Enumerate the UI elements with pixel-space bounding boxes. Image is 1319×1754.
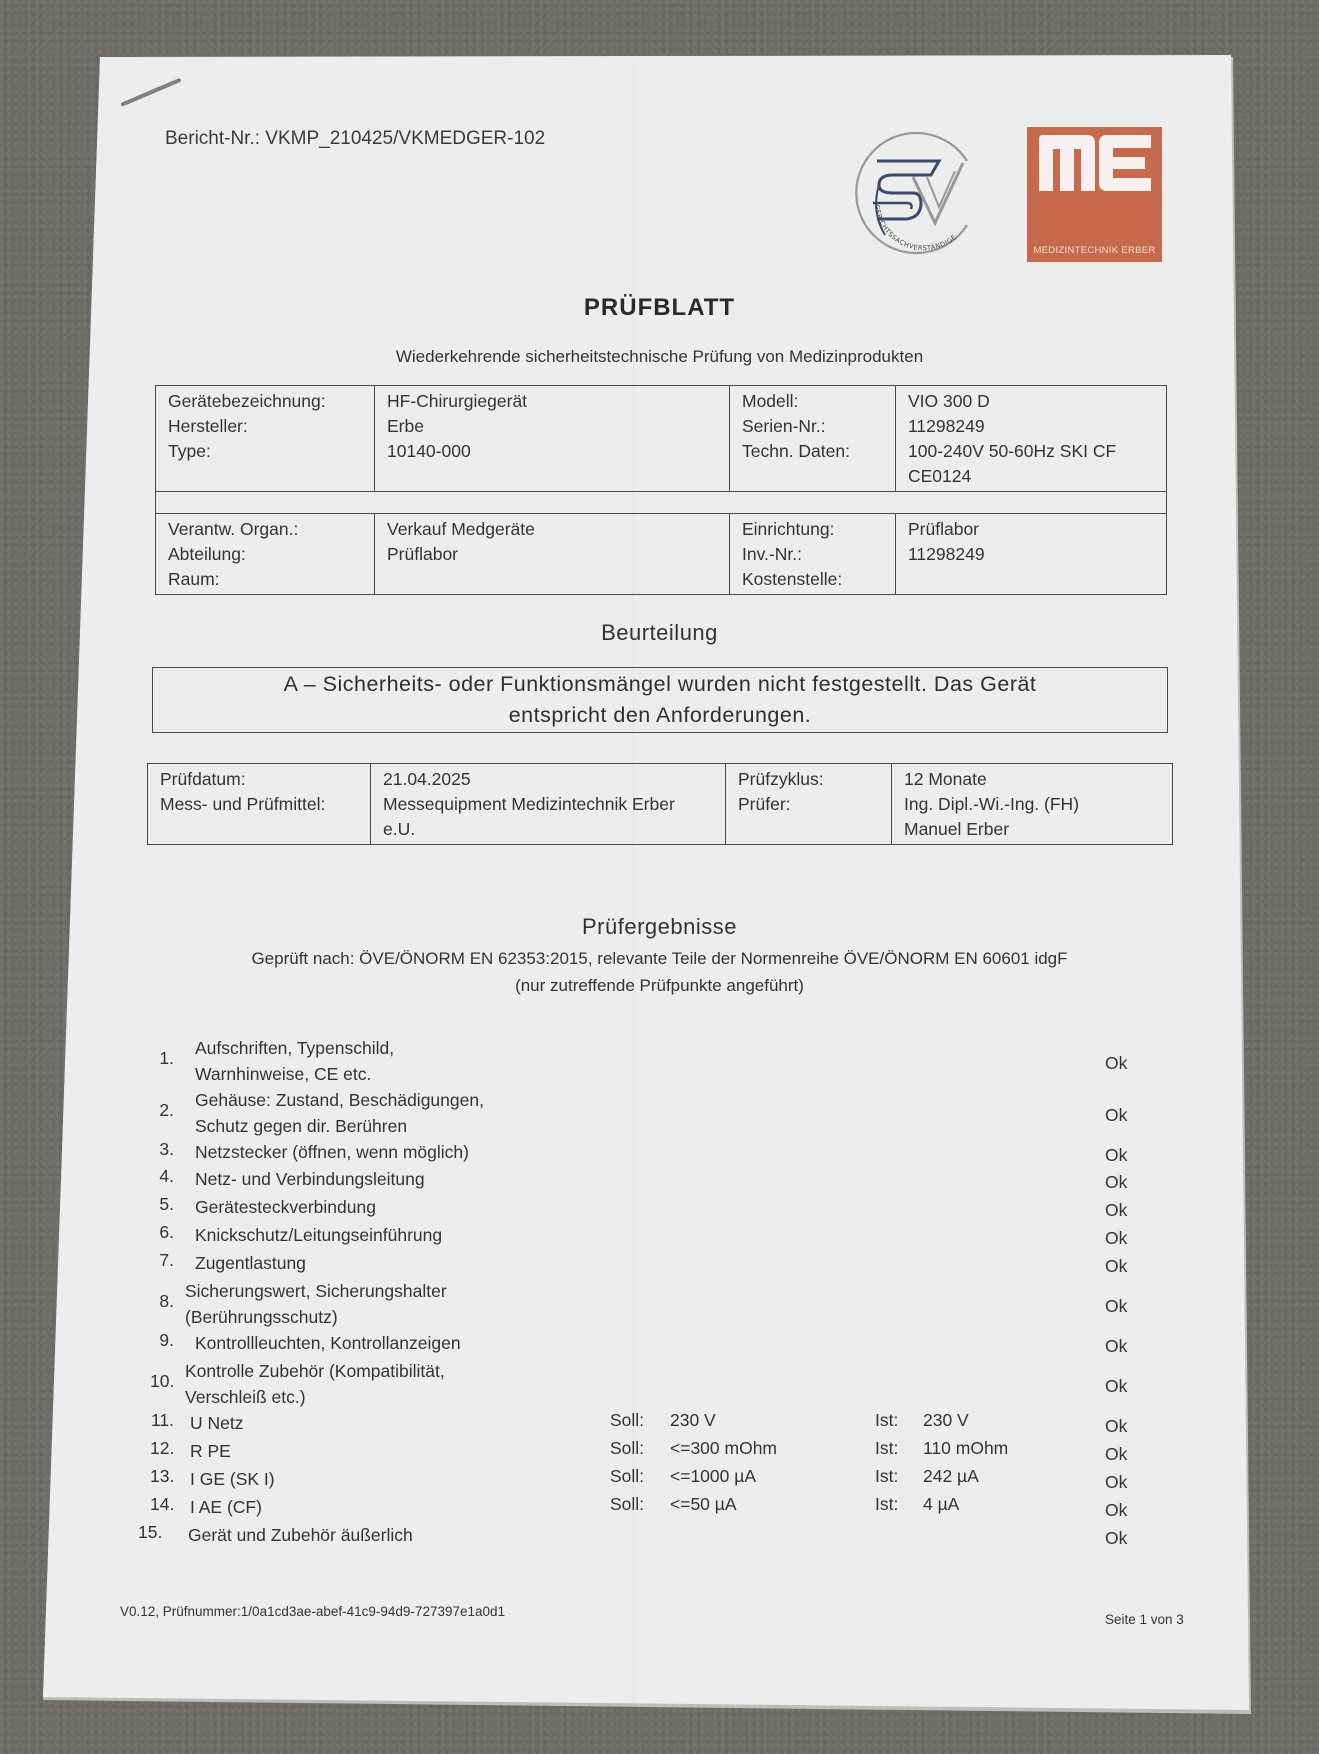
soll-label: Soll: [610, 1494, 644, 1515]
result-item: 4.Netz- und VerbindungsleitungOk [150, 1166, 1150, 1194]
result-item-number: 13. [150, 1466, 174, 1487]
soll-label: Soll: [610, 1438, 644, 1459]
spacer-row [156, 492, 1167, 514]
org-values-right: Prüflabor 11298249 [896, 514, 1167, 595]
test-labels-left: Prüfdatum: Mess- und Prüfmittel: [148, 764, 371, 845]
page-subtitle: Wiederkehrende sicherheitstechnische Prü… [0, 347, 1319, 367]
soll-label: Soll: [610, 1410, 644, 1431]
test-labels-right: Prüfzyklus: Prüfer: [726, 764, 892, 845]
result-item: 8.Sicherungswert, Sicherungshalter(Berüh… [150, 1278, 1150, 1330]
value-hersteller: Erbe [387, 414, 719, 439]
label-geraetebezeichnung: Gerätebezeichnung: [168, 389, 364, 414]
result-item-label: R PE [190, 1438, 231, 1464]
result-status: Ok [1105, 1444, 1127, 1465]
value-ce-mark: CE0124 [908, 464, 1156, 489]
result-status: Ok [1105, 1472, 1127, 1493]
result-item: 1.Aufschriften, Typenschild,Warnhinweise… [150, 1035, 1150, 1087]
result-item-number: 5. [150, 1194, 174, 1215]
test-info-table: Prüfdatum: Mess- und Prüfmittel: 21.04.2… [147, 763, 1173, 845]
result-item-number: 14. [150, 1494, 174, 1515]
result-status: Ok [1105, 1500, 1127, 1521]
label-verantw-organ: Verantw. Organ.: [168, 517, 364, 542]
result-status: Ok [1105, 1296, 1127, 1317]
result-item-number: 4. [150, 1166, 174, 1187]
soll-value: <=300 mOhm [670, 1438, 777, 1459]
ist-value: 110 mOhm [923, 1438, 1008, 1459]
value-abteilung: Prüflabor [387, 542, 719, 567]
result-item-number: 2. [150, 1100, 174, 1121]
footer-test-number: V0.12, Prüfnummer:1/0a1cd3ae-abef-41c9-9… [120, 1604, 505, 1619]
assessment-line-1: A – Sicherheits- oder Funktionsmängel wu… [153, 669, 1167, 700]
device-labels-left: Gerätebezeichnung: Hersteller: Type: [156, 386, 375, 492]
result-status: Ok [1105, 1376, 1127, 1397]
me-mark-icon [1035, 131, 1154, 195]
value-inv-nr: 11298249 [908, 542, 1156, 567]
report-number: Bericht-Nr.: VKMP_210425/VKMEDGER-102 [165, 128, 545, 150]
value-modell: VIO 300 D [908, 389, 1156, 414]
result-status: Ok [1105, 1528, 1127, 1549]
ist-label: Ist: [875, 1438, 898, 1459]
value-einrichtung: Prüflabor [908, 517, 1156, 542]
result-item-label: Kontrollleuchten, Kontrollanzeigen [195, 1330, 461, 1356]
label-einrichtung: Einrichtung: [742, 517, 885, 542]
value-geraetebezeichnung: HF-Chirurgiegerät [387, 389, 719, 414]
result-item: 15.Gerät und Zubehör äußerlichOk [138, 1522, 1138, 1550]
result-item: 12.R PESoll:<=300 mOhmIst:110 mOhmOk [150, 1438, 1150, 1466]
result-status: Ok [1105, 1145, 1127, 1166]
norm-note: (nur zutreffende Prüfpunkte angeführt) [0, 976, 1319, 996]
label-pruefer: Prüfer: [738, 792, 881, 817]
ist-label: Ist: [875, 1466, 898, 1487]
label-serien-nr: Serien-Nr.: [742, 414, 885, 439]
ist-value: 4 µA [923, 1494, 959, 1515]
result-item: 6.Knickschutz/LeitungseinführungOk [150, 1222, 1150, 1250]
label-pruefzyklus: Prüfzyklus: [738, 767, 881, 792]
page-number: Seite 1 von 3 [1105, 1612, 1184, 1627]
value-techn-daten: 100-240V 50-60Hz SKI CF [908, 439, 1156, 464]
label-raum: Raum: [168, 567, 364, 592]
label-type: Type: [168, 439, 364, 464]
org-values-left: Verkauf Medgeräte Prüflabor [375, 514, 730, 595]
result-item-number: 15. [138, 1522, 162, 1543]
result-item-number: 6. [150, 1222, 174, 1243]
result-item-label: Netz- und Verbindungsleitung [195, 1166, 425, 1192]
value-pruefer-title: Ing. Dipl.-Wi.-Ing. (FH) [904, 792, 1162, 817]
result-item-label: Warnhinweise, CE etc. [195, 1061, 371, 1087]
result-item: 10.Kontrolle Zubehör (Kompatibilität,Ver… [150, 1358, 1150, 1410]
soll-label: Soll: [610, 1466, 644, 1487]
result-item: 14.I AE (CF)Soll:<=50 µAIst:4 µAOk [150, 1494, 1150, 1522]
assessment-heading: Beurteilung [0, 620, 1319, 646]
org-labels-right: Einrichtung: Inv.-Nr.: Kostenstelle: [730, 514, 896, 595]
label-pruefdatum: Prüfdatum: [160, 767, 360, 792]
sv-gerichtssachverstaendige-logo-icon: GERICHTSSACHVERSTÄNDIGE [855, 127, 987, 259]
label-modell: Modell: [742, 389, 885, 414]
result-status: Ok [1105, 1228, 1127, 1249]
result-status: Ok [1105, 1200, 1127, 1221]
value-verantw-organ: Verkauf Medgeräte [387, 517, 719, 542]
result-item-label: I AE (CF) [190, 1494, 262, 1520]
me-logo-caption: MEDIZINTECHNIK ERBER [1027, 245, 1162, 256]
page-title: PRÜFBLATT [0, 294, 1319, 322]
result-item-number: 11. [150, 1410, 174, 1431]
device-values-left: HF-Chirurgiegerät Erbe 10140-000 [375, 386, 730, 492]
result-item-label: Verschleiß etc.) [185, 1384, 306, 1410]
result-item: 11.U NetzSoll:230 VIst:230 VOk [150, 1410, 1150, 1438]
result-status: Ok [1105, 1172, 1127, 1193]
result-item: 7.ZugentlastungOk [150, 1250, 1150, 1278]
label-abteilung: Abteilung: [168, 542, 364, 567]
result-item-label: U Netz [190, 1410, 243, 1436]
result-item-label: Kontrolle Zubehör (Kompatibilität, [185, 1358, 445, 1384]
result-item-number: 10. [150, 1371, 174, 1392]
result-item-label: Aufschriften, Typenschild, [195, 1035, 394, 1061]
ist-value: 230 V [923, 1410, 969, 1431]
result-item-label: Sicherungswert, Sicherungshalter [185, 1278, 447, 1304]
result-item-number: 9. [150, 1330, 174, 1351]
value-mess-pruefmittel-cont: e.U. [383, 817, 715, 842]
value-pruefer-name: Manuel Erber [904, 817, 1162, 842]
result-status: Ok [1105, 1053, 1127, 1074]
device-info-table: Gerätebezeichnung: Hersteller: Type: HF-… [155, 385, 1167, 595]
assessment-box: A – Sicherheits- oder Funktionsmängel wu… [152, 667, 1168, 733]
result-item-label: Zugentlastung [195, 1250, 306, 1276]
ist-label: Ist: [875, 1410, 898, 1431]
device-values-right: VIO 300 D 11298249 100-240V 50-60Hz SKI … [896, 386, 1167, 492]
result-status: Ok [1105, 1105, 1127, 1126]
ist-value: 242 µA [923, 1466, 979, 1487]
result-status: Ok [1105, 1336, 1127, 1357]
result-item-number: 8. [150, 1291, 174, 1312]
result-item-number: 12. [150, 1438, 174, 1459]
result-status: Ok [1105, 1256, 1127, 1277]
org-labels-left: Verantw. Organ.: Abteilung: Raum: [156, 514, 375, 595]
medizintechnik-erber-logo: MEDIZINTECHNIK ERBER [1027, 127, 1162, 262]
result-item: 2.Gehäuse: Zustand, Beschädigungen,Schut… [150, 1087, 1150, 1139]
norm-reference: Geprüft nach: ÖVE/ÖNORM EN 62353:2015, r… [0, 949, 1319, 969]
test-values-right: 12 Monate Ing. Dipl.-Wi.-Ing. (FH) Manue… [892, 764, 1173, 845]
result-item-number: 1. [150, 1048, 174, 1069]
result-item-label: (Berührungsschutz) [185, 1304, 338, 1330]
label-mess-pruefmittel: Mess- und Prüfmittel: [160, 792, 360, 817]
result-item-label: Netzstecker (öffnen, wenn möglich) [195, 1139, 469, 1165]
label-hersteller: Hersteller: [168, 414, 364, 439]
value-pruefzyklus: 12 Monate [904, 767, 1162, 792]
result-item-label: I GE (SK I) [190, 1466, 275, 1492]
value-type: 10140-000 [387, 439, 719, 464]
result-item-number: 7. [150, 1250, 174, 1271]
result-item: 3.Netzstecker (öffnen, wenn möglich)Ok [150, 1139, 1150, 1166]
result-item-label: Knickschutz/Leitungseinführung [195, 1222, 442, 1248]
result-status: Ok [1105, 1416, 1127, 1437]
pen-mark [120, 78, 181, 107]
result-item-label: Gerät und Zubehör äußerlich [188, 1522, 413, 1548]
results-heading: Prüfergebnisse [0, 914, 1319, 940]
value-mess-pruefmittel: Messequipment Medizintechnik Erber [383, 792, 715, 817]
test-values-left: 21.04.2025 Messequipment Medizintechnik … [371, 764, 726, 845]
result-item-label: Gerätesteckverbindung [195, 1194, 376, 1220]
result-item: 5.GerätesteckverbindungOk [150, 1194, 1150, 1222]
result-item-label: Schutz gegen dir. Berühren [195, 1113, 407, 1139]
result-item: 13.I GE (SK I)Soll:<=1000 µAIst:242 µAOk [150, 1466, 1150, 1494]
label-techn-daten: Techn. Daten: [742, 439, 885, 464]
result-item: 9.Kontrollleuchten, KontrollanzeigenOk [150, 1330, 1150, 1358]
label-kostenstelle: Kostenstelle: [742, 567, 885, 592]
document-page: Bericht-Nr.: VKMP_210425/VKMEDGER-102 GE… [0, 0, 1319, 1754]
value-serien-nr: 11298249 [908, 414, 1156, 439]
label-inv-nr: Inv.-Nr.: [742, 542, 885, 567]
soll-value: <=50 µA [670, 1494, 737, 1515]
ist-label: Ist: [875, 1494, 898, 1515]
result-item-label: Gehäuse: Zustand, Beschädigungen, [195, 1087, 484, 1113]
result-item-number: 3. [150, 1139, 174, 1160]
assessment-line-2: entspricht den Anforderungen. [153, 700, 1167, 731]
soll-value: 230 V [670, 1410, 716, 1431]
value-pruefdatum: 21.04.2025 [383, 767, 715, 792]
device-labels-right: Modell: Serien-Nr.: Techn. Daten: [730, 386, 896, 492]
soll-value: <=1000 µA [670, 1466, 756, 1487]
